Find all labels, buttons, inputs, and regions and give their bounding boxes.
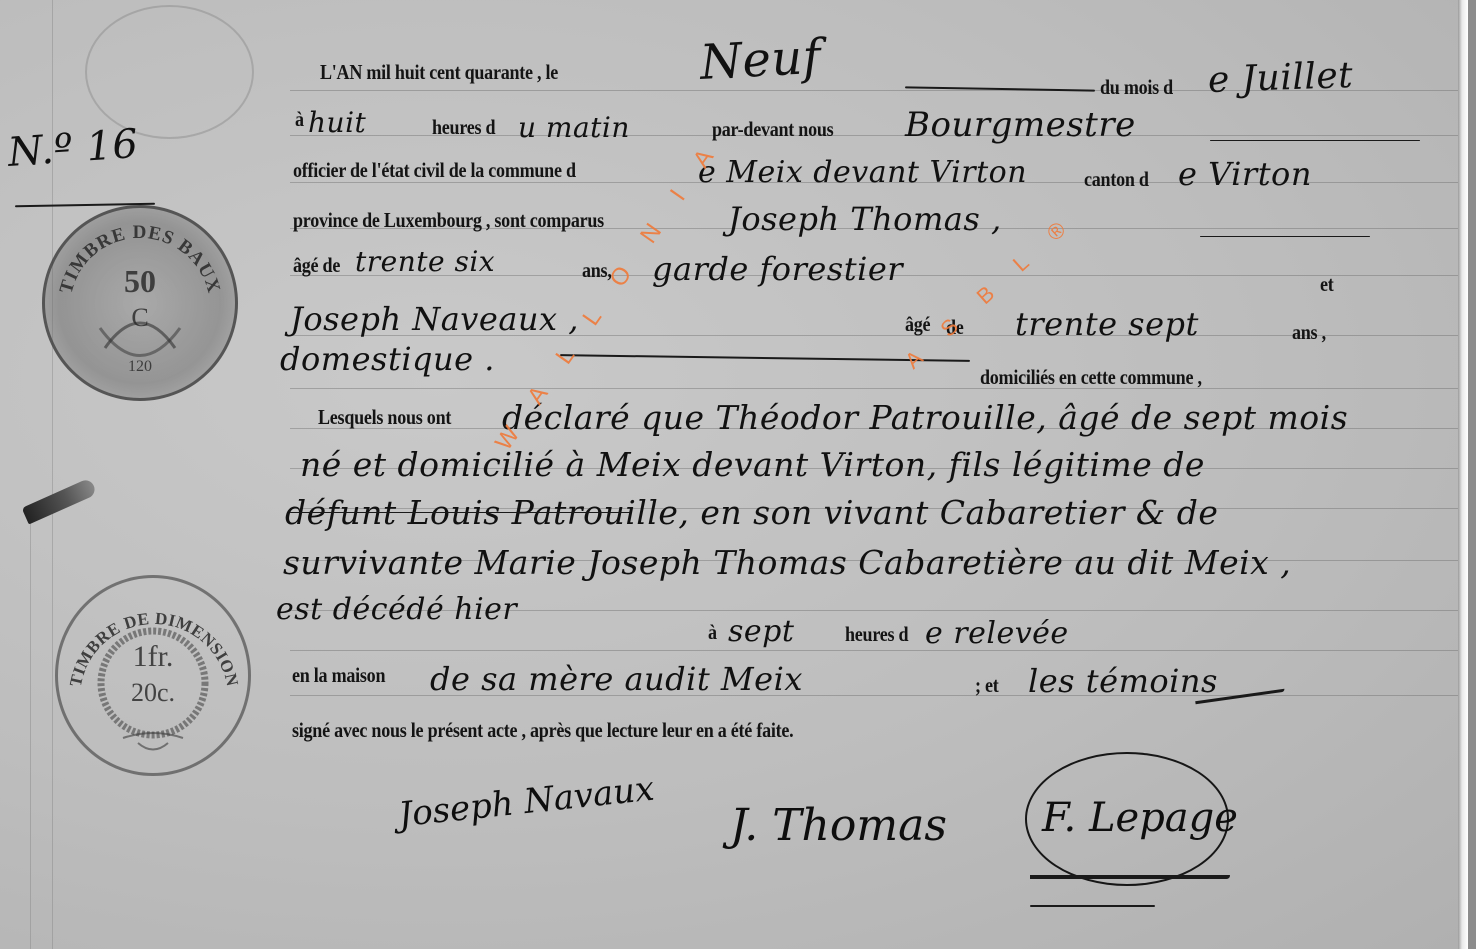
timbre-des-baux-stamp: TIMBRE DES BAUX 50 C 120: [42, 205, 238, 401]
hand-body-line2: né et domicilié à Meix devant Virton, fi…: [300, 445, 1205, 484]
printed-domicilies: domiciliés en cette commune ,: [980, 365, 1202, 390]
hand-death-period: e relevée: [925, 616, 1069, 651]
printed-year-line: L'AN mil huit cent quarante , le: [320, 60, 558, 85]
hand-declarant1-age: trente six: [355, 245, 495, 278]
ruled-line: [290, 388, 1460, 389]
stamp-value: 50: [45, 263, 235, 300]
signature-thomas: J. Thomas: [730, 800, 947, 851]
hand-body-line4: survivante Marie Joseph Thomas Cabaretiè…: [283, 543, 1291, 582]
printed-a-2: à: [708, 620, 717, 645]
ink-blot: [22, 478, 98, 525]
printed-officer-line: officier de l'état civil de la commune d: [293, 158, 576, 183]
hand-declarant1-occupation: garde forestier: [652, 250, 903, 288]
hand-place: de sa mère audit Meix: [430, 660, 803, 698]
printed-signe-line: signé avec nous le présent acte , après …: [292, 718, 793, 743]
printed-a: à: [295, 107, 304, 132]
margin-line: [30, 520, 31, 949]
ghost-stamp: [85, 5, 254, 139]
hand-declarant1-name: Joseph Thomas ,: [728, 200, 1002, 238]
printed-lesquels: Lesquels nous ont: [318, 405, 451, 430]
signature-underline: [1030, 905, 1155, 907]
signature-underline: [1030, 875, 1230, 879]
printed-et-2: ; et: [975, 673, 999, 698]
hand-witnesses: les témoins: [1028, 662, 1218, 700]
hand-declarant2-occupation: domestique .: [280, 340, 495, 378]
hand-body-line5: est décédé hier: [276, 592, 517, 627]
hand-month: e Juillet: [1207, 55, 1354, 101]
fill-line: [1200, 236, 1370, 237]
stamp-value: 1fr.: [58, 640, 248, 674]
printed-canton-label: canton d: [1084, 167, 1149, 192]
hand-body-line1: déclaré que Théodor Patrouille, âgé de s…: [502, 398, 1348, 437]
hand-commune: e Meix devant Virton: [698, 155, 1027, 190]
printed-age-label: âgé de: [293, 253, 340, 278]
printed-month-label: du mois d: [1100, 75, 1173, 100]
printed-province-line: province de Luxembourg , sont comparus: [293, 208, 604, 233]
hand-declarant2-name: Joseph Naveaux ,: [290, 300, 579, 338]
printed-hours-label: heures d: [432, 115, 495, 140]
act-number: N.º 16: [6, 121, 139, 176]
hand-declarant2-age: trente sept: [1015, 305, 1199, 343]
printed-et: et: [1320, 272, 1334, 297]
hand-officer-title: Bourgmestre: [905, 105, 1136, 145]
signature-navaux: Joseph Navaux: [397, 769, 656, 836]
stamp-ring-text: TIMBRE DE DIMENSION: [58, 578, 248, 773]
civil-registry-page: N.º 16 TIMBRE DES BAUX 50 C 120 TIMBRE D…: [0, 0, 1468, 949]
stamp-bottom-text: 120: [45, 358, 235, 376]
fill-line: [1210, 140, 1420, 141]
printed-hours-label-2: heures d: [845, 622, 908, 647]
hand-period: u matin: [518, 111, 630, 144]
stamp-unit: C: [45, 303, 235, 333]
printed-par-devant: par-devant nous: [712, 117, 833, 142]
printed-ans-2: ans ,: [1292, 320, 1326, 345]
ruled-line: [290, 650, 1460, 651]
hand-canton: e Virton: [1178, 155, 1312, 193]
signature-lepage: F. Lepage: [1042, 795, 1238, 841]
page-edge: [1458, 0, 1468, 949]
hand-death-hour: sept: [728, 614, 794, 649]
strike-through: [290, 512, 630, 513]
hand-day: Neuf: [699, 29, 823, 91]
printed-maison: en la maison: [292, 663, 385, 688]
hand-hour: huit: [308, 106, 366, 139]
stamp-unit: 20c.: [58, 678, 248, 708]
timbre-de-dimension-stamp: TIMBRE DE DIMENSION 1fr. 20c.: [55, 575, 251, 776]
